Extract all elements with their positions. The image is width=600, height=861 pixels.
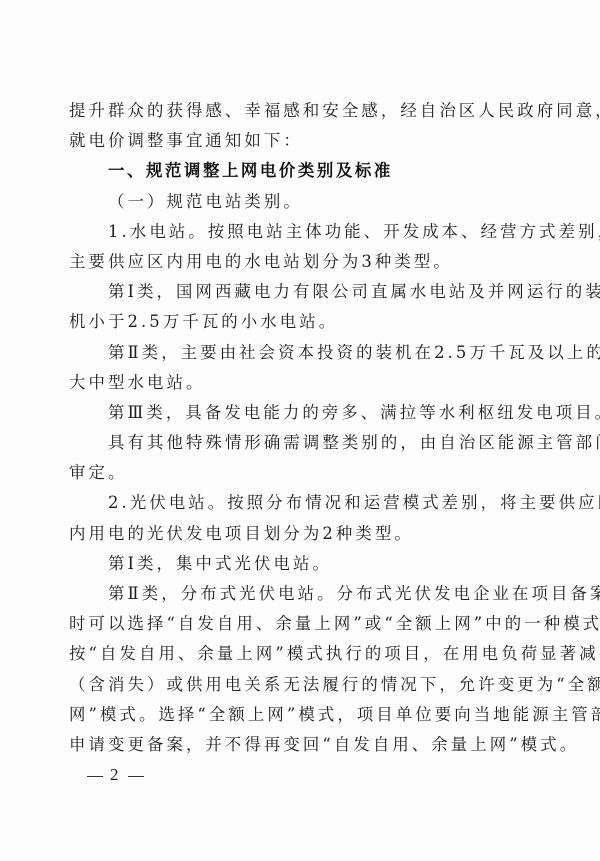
document-page: 提升群众的获得感、幸福感和安全感，经自治区人民政府同意，现 就电价调整事宜通知如…	[0, 0, 600, 861]
page-number-value: 2	[110, 765, 121, 784]
hydro-class-2-line-2: 大中型水电站。	[69, 368, 529, 398]
page-number-dash-right	[128, 776, 144, 777]
solar-class-2-line-3: 按“自发自用、余量上网”模式执行的项目，在用电负荷显著减少	[69, 639, 529, 669]
solar-class-2-line-4: （含消失）或供用电关系无法履行的情况下，允许变更为“全额上	[69, 670, 529, 700]
subsection-heading-1: （一）规范电站类别。	[69, 187, 529, 217]
document-body: 提升群众的获得感、幸福感和安全感，经自治区人民政府同意，现 就电价调整事宜通知如…	[69, 96, 529, 760]
paragraph-solar-1: 2.光伏电站。按照分布情况和运营模式差别，将主要供应区	[69, 488, 529, 518]
paragraph-hydropower-2: 主要供应区内用电的水电站划分为3种类型。	[69, 247, 529, 277]
hydro-class-1-line-1: 第Ⅰ类，国网西藏电力有限公司直属水电站及并网运行的装	[69, 277, 529, 307]
section-heading-1: 一、规范调整上网电价类别及标准	[69, 156, 529, 186]
body-line-intro-2: 就电价调整事宜通知如下：	[69, 126, 529, 156]
hydro-class-1-line-2: 机小于2.5万千瓦的小水电站。	[69, 307, 529, 337]
solar-class-2-line-6: 申请变更备案，并不得再变回“自发自用、余量上网”模式。	[69, 730, 529, 760]
paragraph-hydropower-1: 1.水电站。按照电站主体功能、开发成本、经营方式差别，将	[69, 217, 529, 247]
hydro-class-3: 第Ⅲ类，具备发电能力的旁多、满拉等水利枢纽发电项目。	[69, 398, 529, 428]
page-number: 2	[80, 765, 151, 785]
solar-class-2-line-5: 网”模式。选择“全额上网”模式，项目单位要向当地能源主管部门	[69, 700, 529, 730]
solar-class-2-line-2: 时可以选择“自发自用、余量上网”或“全额上网”中的一种模式；已	[69, 609, 529, 639]
special-cases-line-2: 审定。	[69, 458, 529, 488]
special-cases-line-1: 具有其他特殊情形确需调整类别的，由自治区能源主管部门	[69, 428, 529, 458]
body-line-intro-1: 提升群众的获得感、幸福感和安全感，经自治区人民政府同意，现	[69, 96, 529, 126]
solar-class-2-line-1: 第Ⅱ类，分布式光伏电站。分布式光伏发电企业在项目备案	[69, 579, 529, 609]
page-number-dash-left	[87, 776, 103, 777]
hydro-class-2-line-1: 第Ⅱ类，主要由社会资本投资的装机在2.5万千瓦及以上的	[69, 338, 529, 368]
paragraph-solar-2: 内用电的光伏发电项目划分为2种类型。	[69, 519, 529, 549]
solar-class-1: 第Ⅰ类，集中式光伏电站。	[69, 549, 529, 579]
